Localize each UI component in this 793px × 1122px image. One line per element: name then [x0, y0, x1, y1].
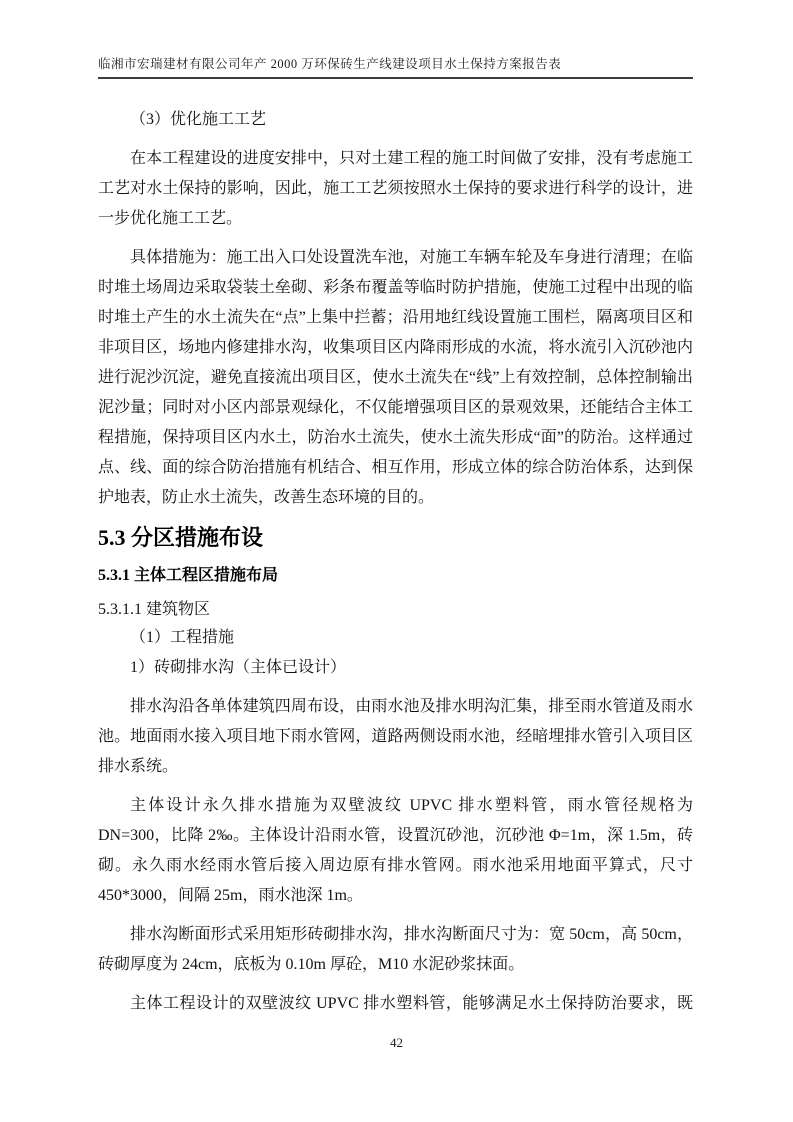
- page-footer: 42: [0, 1034, 793, 1052]
- paragraph-drain-layout: 排水沟沿各单体建筑四周布设，由雨水池及排水明沟汇集，排至雨水管道及雨水池。地面雨…: [98, 692, 693, 782]
- paragraph-specific-measures: 具体措施为：施工出入口处设置洗车池，对施工车辆车轮及车身进行清理；在临时堆土场周…: [98, 243, 693, 513]
- document-page: 临湘市宏瑞建材有限公司年产 2000 万环保砖生产线建设项目水土保持方案报告表 …: [0, 0, 793, 1122]
- document-body: （3）优化施工工艺 在本工程建设的进度安排中，只对土建工程的施工时间做了安排，没…: [98, 105, 693, 1019]
- heading-5-3-1-1: 5.3.1.1 建筑物区: [98, 597, 693, 623]
- paragraph-drain-design: 主体设计永久排水措施为双壁波纹 UPVC 排水塑料管，雨水管径规格为 DN=30…: [98, 791, 693, 911]
- sub-heading-optimize-process: （3）优化施工工艺: [98, 105, 693, 135]
- heading-5-3-1: 5.3.1 主体工程区措施布局: [98, 563, 693, 589]
- sub-heading-engineering-measures: （1）工程措施: [98, 623, 693, 653]
- paragraph-drain-conclusion: 主体工程设计的双壁波纹 UPVC 排水塑料管，能够满足水土保持防治要求，既: [98, 989, 693, 1019]
- heading-5-3: 5.3 分区措施布设: [98, 522, 693, 554]
- page-number: 42: [390, 1035, 403, 1050]
- header-title: 临湘市宏瑞建材有限公司年产 2000 万环保砖生产线建设项目水土保持方案报告表: [98, 55, 693, 79]
- sub-heading-brick-drain: 1）砖砌排水沟（主体已设计）: [98, 653, 693, 683]
- paragraph-drain-section: 排水沟断面形式采用矩形砖砌排水沟，排水沟断面尺寸为：宽 50cm，高 50cm，…: [98, 920, 693, 980]
- page-header: 临湘市宏瑞建材有限公司年产 2000 万环保砖生产线建设项目水土保持方案报告表: [98, 0, 693, 79]
- paragraph-optimize-process: 在本工程建设的进度安排中，只对土建工程的施工时间做了安排，没有考虑施工工艺对水土…: [98, 144, 693, 234]
